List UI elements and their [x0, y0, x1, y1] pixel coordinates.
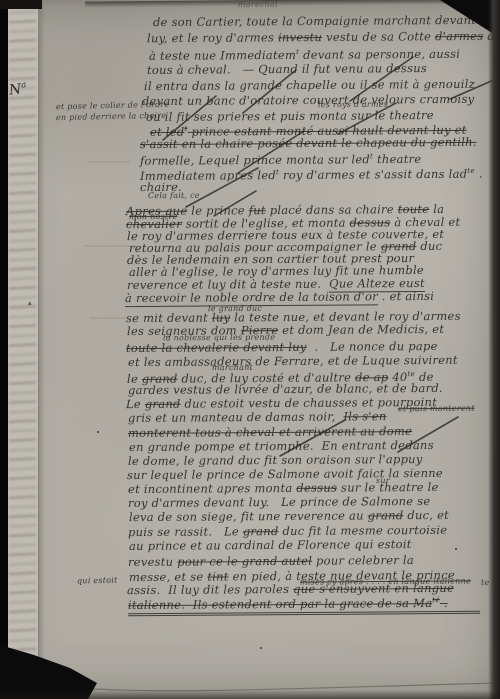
manuscript-text: d'armes: [435, 29, 483, 43]
manuscript-text: à teste nue Immediatem: [149, 48, 296, 63]
manuscript-line: formelle, Lequel prince monta sur ledt t…: [140, 152, 421, 167]
manuscript-text: au prince et au cardinal de Florence qui…: [129, 537, 412, 553]
page-gutter-shadow: [38, 0, 45, 690]
manuscript-line: gris et un manteau de damas noir, Ils s'…: [128, 411, 387, 424]
manuscript-text: leva de son siege, fit une reverence au: [129, 508, 368, 524]
manuscript-text: te: [407, 369, 415, 378]
manuscript-text: ▴: [28, 299, 32, 307]
manuscript-text: pour ce le grand autel: [177, 554, 312, 569]
manuscript-line: revestu pour ce le grand autel pour cele…: [128, 555, 414, 568]
manuscript-text: grand: [368, 508, 404, 522]
manuscript-text: duc fit la mesme courtoisie: [278, 523, 447, 538]
manuscript-text: Ils s'en: [343, 409, 386, 423]
manuscript-text: grand: [243, 524, 279, 538]
manuscript-text: fut: [249, 203, 266, 217]
manuscript-scan: marechalde son Cartier, toute la Compaig…: [0, 0, 500, 699]
manuscript-text: luy, et le roy d'armes: [147, 30, 278, 45]
manuscript-text: . Le nonce du pape: [307, 339, 438, 354]
manuscript-text: dessus: [296, 481, 337, 495]
page-bottom-edge-shadow: [0, 690, 500, 699]
manuscript-text: que s'ensuyvent en langue: [293, 581, 454, 596]
manuscript-line: de son Cartier, toute la Compaignie marc…: [153, 15, 476, 29]
binding-edge: [0, 0, 8, 699]
manuscript-text: et dom Jean de Medicis, et: [278, 322, 444, 337]
manuscript-text: puis se rassit. Le: [128, 524, 243, 539]
manuscript-text: devant un banc d'oratoire couvert de vel…: [142, 92, 474, 108]
manuscript-line: il entra dans la grande chapelle ou il s…: [144, 79, 475, 93]
manuscript-text: formelle, Lequel prince monta sur led: [140, 152, 370, 168]
manuscript-line: Immediatem apres ledt roy d'armes et s'a…: [140, 167, 483, 183]
manuscript-line: ou il fit ses prieres et puis monta sur …: [146, 110, 434, 124]
manuscript-text: et les ambassadeurs de Ferrare, et de Lu…: [128, 353, 458, 369]
manuscript-text: roy d'armes et s'assit dans lad: [279, 167, 467, 182]
manuscript-text: devant sa personne, aussi: [299, 47, 460, 62]
manuscript-text: tous à cheval. — Quand il fut venu au de…: [147, 61, 427, 77]
manuscript-text: de son Cartier, toute la Compaignie marc…: [153, 13, 476, 29]
manuscript-text: il entra dans la grande chapelle ou il s…: [144, 77, 475, 93]
margin-note: qui estoit: [77, 577, 118, 586]
manuscript-text: revestu: [128, 555, 177, 569]
manuscript-text: italienne. Ils estendent ord par la grac…: [128, 596, 432, 612]
manuscript-line: tous à cheval. — Quand il fut venu au de…: [147, 63, 427, 76]
manuscript-text: qui estoit: [77, 576, 118, 586]
prev-page-edge: [7, 0, 39, 682]
manuscript-text: assis. Il luy dit les paroles: [127, 582, 293, 597]
manuscript-text: theatre: [373, 152, 421, 166]
nota-mark: Na: [8, 81, 27, 97]
manuscript-text: ou il fit ses prieres et puis monta sur …: [146, 108, 434, 124]
margin-mark: ▴: [28, 300, 32, 307]
manuscript-line: et les ambassadeurs de Ferrare, et de Lu…: [128, 355, 458, 369]
manuscript-line: s'assit en la chaire posée devant le cha…: [140, 137, 477, 151]
manuscript-text: investu: [278, 30, 322, 44]
manuscript-line: au prince et au cardinal de Florence qui…: [129, 539, 412, 552]
manuscript-text: la: [429, 202, 444, 216]
manuscript-line: leva de son siege, fit une reverence au …: [129, 510, 449, 524]
manuscript-text: sur le theatre le: [337, 480, 439, 495]
manuscript-text: toute la chevalerie devant luy: [126, 340, 307, 355]
manuscript-text: s'assit en la chaire posée devant le cha…: [140, 135, 477, 151]
manuscript-text: .: [475, 167, 483, 181]
manuscript-line: à teste nue Immediatemt devant sa person…: [149, 47, 460, 63]
manuscript-line: assis. Il luy dit les paroles que s'ensu…: [127, 583, 454, 597]
manuscript-text: duc: [416, 239, 442, 253]
manuscript-text: a: [21, 80, 27, 91]
interline-note: et puis monterent: [398, 405, 475, 414]
manuscript-text: gris et un manteau de damas noir,: [128, 409, 344, 425]
binding-edge-top: [0, 0, 42, 9]
manuscript-text: té: [432, 595, 440, 604]
manuscript-text: vestu de sa Cotte: [322, 29, 435, 44]
interline-note: Cela fait, ce: [148, 192, 200, 200]
manuscript-text: Le: [126, 397, 145, 411]
manuscript-text: . et ainsi: [378, 289, 434, 303]
manuscript-text: Cela fait, ce: [148, 191, 200, 200]
manuscript-line: à recevoir le noble ordre de la toison d…: [125, 291, 434, 305]
manuscript-text: et puis monterent: [398, 404, 475, 414]
manuscript-line: devant un banc d'oratoire couvert de vel…: [142, 94, 474, 108]
manuscript-text: .: [440, 596, 448, 610]
manuscript-text: et incontinent apres monta: [128, 481, 296, 496]
manuscript-line: luy, et le roy d'armes investu vestu de …: [147, 31, 500, 45]
manuscript-text: grand: [145, 397, 181, 411]
manuscript-text: te: [467, 166, 475, 175]
manuscript-text: pour celebrer la: [312, 553, 414, 568]
bleedthrough-marks: [9, 2, 36, 674]
manuscript-line: Le grand duc estoit vestu de chausses et…: [126, 397, 437, 411]
manuscript-line: italienne. Ils estendent ord par la grac…: [128, 596, 480, 617]
manuscript-text: duc, et: [403, 508, 449, 522]
backdrop-edge-right: [488, 0, 500, 699]
